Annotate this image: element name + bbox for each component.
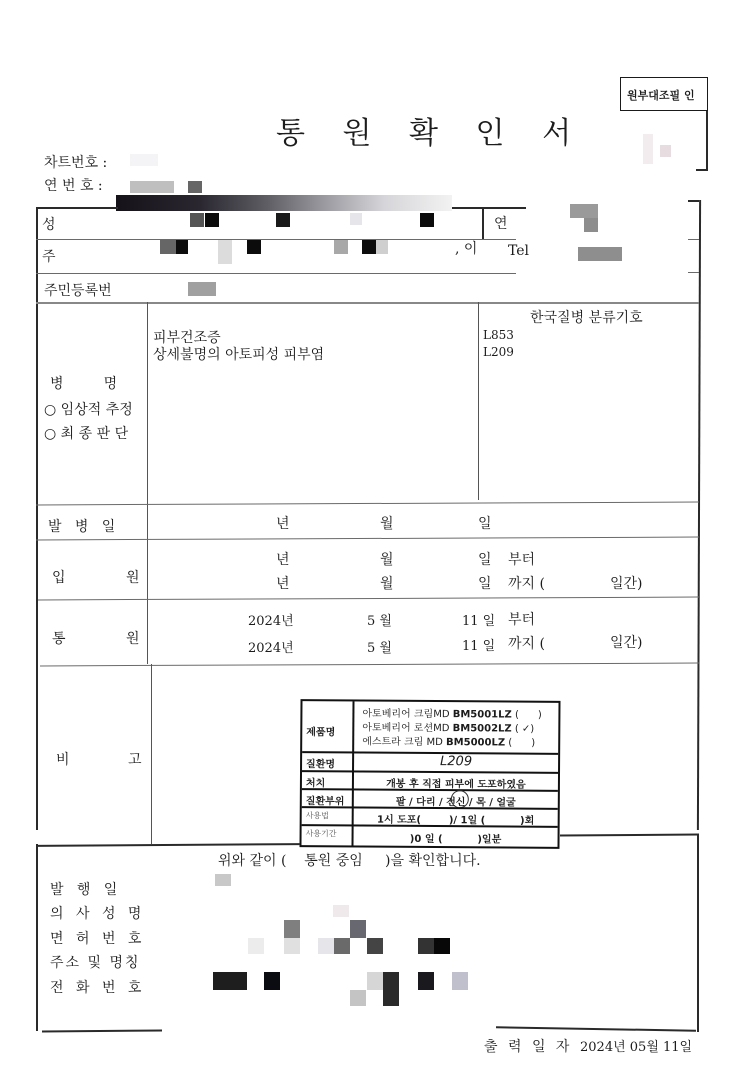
address-suffix: , 이 — [455, 238, 477, 258]
redacted-address — [376, 240, 388, 254]
outpatient-to-year: 2024년 — [248, 637, 294, 656]
row-divider — [40, 663, 699, 667]
row-divider — [36, 239, 516, 240]
table-right-border — [697, 200, 701, 830]
redacted-address — [362, 240, 376, 254]
sticker-period-label: 사용기간 — [302, 828, 352, 839]
admission-from-month-unit: 월 — [380, 549, 394, 569]
row-divider — [38, 597, 699, 601]
outpatient-from-suffix: 부터 — [508, 609, 535, 629]
tel-label: Tel — [508, 243, 529, 259]
admission-from-year-unit: 년 — [276, 549, 290, 569]
row-divider — [36, 843, 300, 846]
row-divider — [36, 302, 699, 304]
sticker-disease-value: L209 — [354, 753, 558, 769]
redacted-resident-id — [188, 282, 216, 296]
site-selected-circle — [451, 790, 469, 808]
outpatient-label-left: 통 — [52, 628, 66, 648]
confirmation-statement: 위와 같이 ( 통원 중임 )을 확인합니다. — [218, 850, 481, 870]
license-number-label: 면 허 번 호 — [50, 928, 145, 948]
diagnosis-section-label: 병 명 — [50, 373, 117, 393]
bottom-right-border — [697, 834, 699, 1032]
bottom-border-right — [496, 1026, 696, 1031]
redacted-name — [350, 213, 362, 225]
output-date-value: 2024년 05월 11일 — [580, 1036, 692, 1055]
age-divider — [482, 207, 484, 239]
remarks-label-left: 비 — [56, 749, 70, 769]
sticker-period-value: )0 일 ( )일분 — [354, 829, 558, 845]
redacted-age — [570, 204, 598, 218]
outpatient-to-month: 5 월 — [367, 637, 392, 656]
row-divider — [36, 273, 516, 274]
admission-to-year-unit: 년 — [276, 573, 290, 593]
sticker-row-disease: 질환명 L209 — [302, 751, 558, 772]
redacted-issue-date — [215, 874, 231, 886]
sticker-product-3: 에스트라 크림 MD BM5000LZ ( ) — [354, 732, 558, 748]
redacted-address — [176, 240, 188, 254]
redacted-chart-number — [130, 154, 158, 166]
onset-year-unit: 년 — [276, 513, 290, 533]
issue-date-label: 발 행 일 — [50, 879, 117, 899]
outpatient-from-day: 11 일 — [462, 610, 495, 629]
redacted-address — [160, 240, 176, 254]
row-divider — [36, 502, 699, 506]
product-3-name: 에스트라 크림 MD — [362, 737, 443, 749]
sticker-site-label: 질환부위 — [302, 792, 352, 807]
bottom-border-left — [42, 1029, 162, 1032]
product-sticker: 제품명 아토베리어 크림MD BM5001LZ ( ) 아토베리어 로션MD B… — [299, 699, 560, 849]
label-column-divider — [147, 302, 148, 664]
doctor-name-label: 의 사 성 명 — [50, 903, 145, 923]
redacted-license — [350, 920, 366, 938]
outpatient-from-month: 5 월 — [367, 610, 392, 629]
redacted-bar — [116, 195, 452, 211]
diagnosis-code-1: L853 — [483, 328, 514, 342]
table-top-left — [36, 207, 118, 209]
chart-number-label: 차트번호 : — [44, 152, 107, 172]
outpatient-to-suffix: 까지 ( — [508, 633, 545, 653]
redacted-address — [418, 938, 434, 954]
redacted-serial-number — [130, 181, 174, 193]
product-3-code: BM5000LZ — [446, 737, 505, 748]
redacted-stamp — [643, 134, 653, 164]
redacted-phone — [383, 972, 399, 1006]
redacted-phone — [418, 972, 434, 990]
redacted-address — [434, 938, 450, 954]
admission-label-left: 입 — [52, 567, 66, 587]
admission-days-suffix: 일간) — [610, 573, 643, 593]
admission-to-day-unit: 일 — [478, 573, 492, 593]
redacted-age — [584, 218, 598, 232]
verification-stamp-box: 원부대조필 인 — [620, 77, 708, 111]
address-label: 주 — [42, 246, 56, 266]
sticker-row-treatment: 처치 개봉 후 직접 피부에 도포하였음 — [302, 770, 558, 790]
outpatient-to-day: 11 일 — [462, 635, 495, 654]
redacted-address — [367, 938, 383, 954]
kcd-column-divider — [478, 302, 479, 500]
redacted-address — [247, 240, 261, 254]
redacted-address — [318, 938, 334, 954]
redacted-phone — [367, 972, 383, 990]
sticker-row-usage: 사용법 1시 도포( )/ 1일 ( )회 — [302, 806, 558, 826]
option-clinical-estimate[interactable]: ○ 임상적 추정 — [44, 399, 133, 419]
output-date-label: 출 력 일 자 — [484, 1036, 572, 1056]
redacted-phone — [452, 972, 468, 990]
name-label: 성 — [42, 214, 56, 234]
table-top-right — [452, 207, 526, 209]
serial-number-label: 연 번 호 : — [44, 175, 103, 195]
redacted-tel — [578, 247, 622, 261]
admission-from-day-unit: 일 — [478, 549, 492, 569]
redacted-phone — [350, 990, 366, 1006]
outpatient-label-right: 원 — [126, 628, 140, 648]
onset-month-unit: 월 — [380, 513, 394, 533]
admission-label-right: 원 — [126, 567, 140, 587]
label-column-divider — [151, 664, 152, 844]
onset-day-unit: 일 — [478, 513, 492, 533]
admission-from-suffix: 부터 — [508, 549, 535, 569]
redacted-name — [190, 213, 204, 227]
outpatient-days-suffix: 일간) — [610, 632, 643, 652]
remarks-label-right: 고 — [128, 749, 142, 769]
sticker-row-period: 사용기간 )0 일 ( )일분 — [302, 824, 558, 847]
age-label: 연 — [494, 213, 508, 233]
redacted-stamp — [660, 145, 671, 157]
redacted-address — [248, 938, 264, 954]
redacted-address — [218, 240, 232, 264]
redacted-phone — [213, 972, 247, 990]
admission-to-month-unit: 월 — [380, 573, 394, 593]
sticker-usage-label: 사용법 — [302, 810, 352, 821]
onset-label: 발 병 일 — [48, 516, 115, 536]
diagnosis-code-2: L209 — [483, 345, 514, 359]
stamp-bracket-right — [706, 111, 708, 171]
outpatient-from-year: 2024년 — [248, 610, 294, 629]
sticker-disease-label: 질환명 — [302, 755, 352, 770]
row-divider — [36, 537, 699, 541]
document-title: 통 원 확 인 서 — [276, 108, 585, 152]
redacted-serial-number — [188, 181, 202, 193]
product-3-check[interactable]: ( ) — [508, 738, 535, 749]
bottom-left-border — [36, 844, 38, 1031]
row-divider — [688, 272, 699, 273]
resident-id-label: 주민등록번 — [44, 280, 112, 300]
sticker-treatment-label: 처치 — [302, 774, 352, 789]
redacted-address — [334, 240, 348, 254]
option-final-judgment[interactable]: ○ 최 종 판 단 — [44, 423, 128, 443]
redacted-name — [276, 213, 290, 227]
stamp-bracket-bottom — [696, 169, 707, 171]
table-right-bracket — [688, 200, 699, 202]
phone-number-label: 전 화 번 호 — [50, 977, 145, 997]
redacted-name — [205, 213, 219, 227]
redacted-address — [284, 938, 300, 954]
kcd-header: 한국질병 분류기호 — [530, 307, 643, 327]
redacted-doctor-name — [333, 905, 349, 917]
sticker-row-site: 질환부위 팔 / 다리 / 전신 / 목 / 얼굴 — [302, 788, 558, 808]
admission-to-suffix: 까지 ( — [508, 573, 545, 593]
stamp-box-label: 원부대조필 인 — [627, 87, 695, 103]
row-divider — [560, 834, 699, 836]
diagnosis-name-2: 상세불명의 아토피성 피부염 — [153, 344, 324, 364]
sticker-product-label: 제품명 — [302, 723, 352, 738]
address-name-label: 주소 및 명칭 — [50, 952, 141, 972]
redacted-name — [420, 213, 434, 227]
table-left-border — [36, 207, 38, 830]
redacted-address — [334, 938, 350, 954]
redacted-license — [284, 920, 300, 938]
redacted-phone — [264, 972, 280, 990]
row-divider — [688, 239, 699, 240]
